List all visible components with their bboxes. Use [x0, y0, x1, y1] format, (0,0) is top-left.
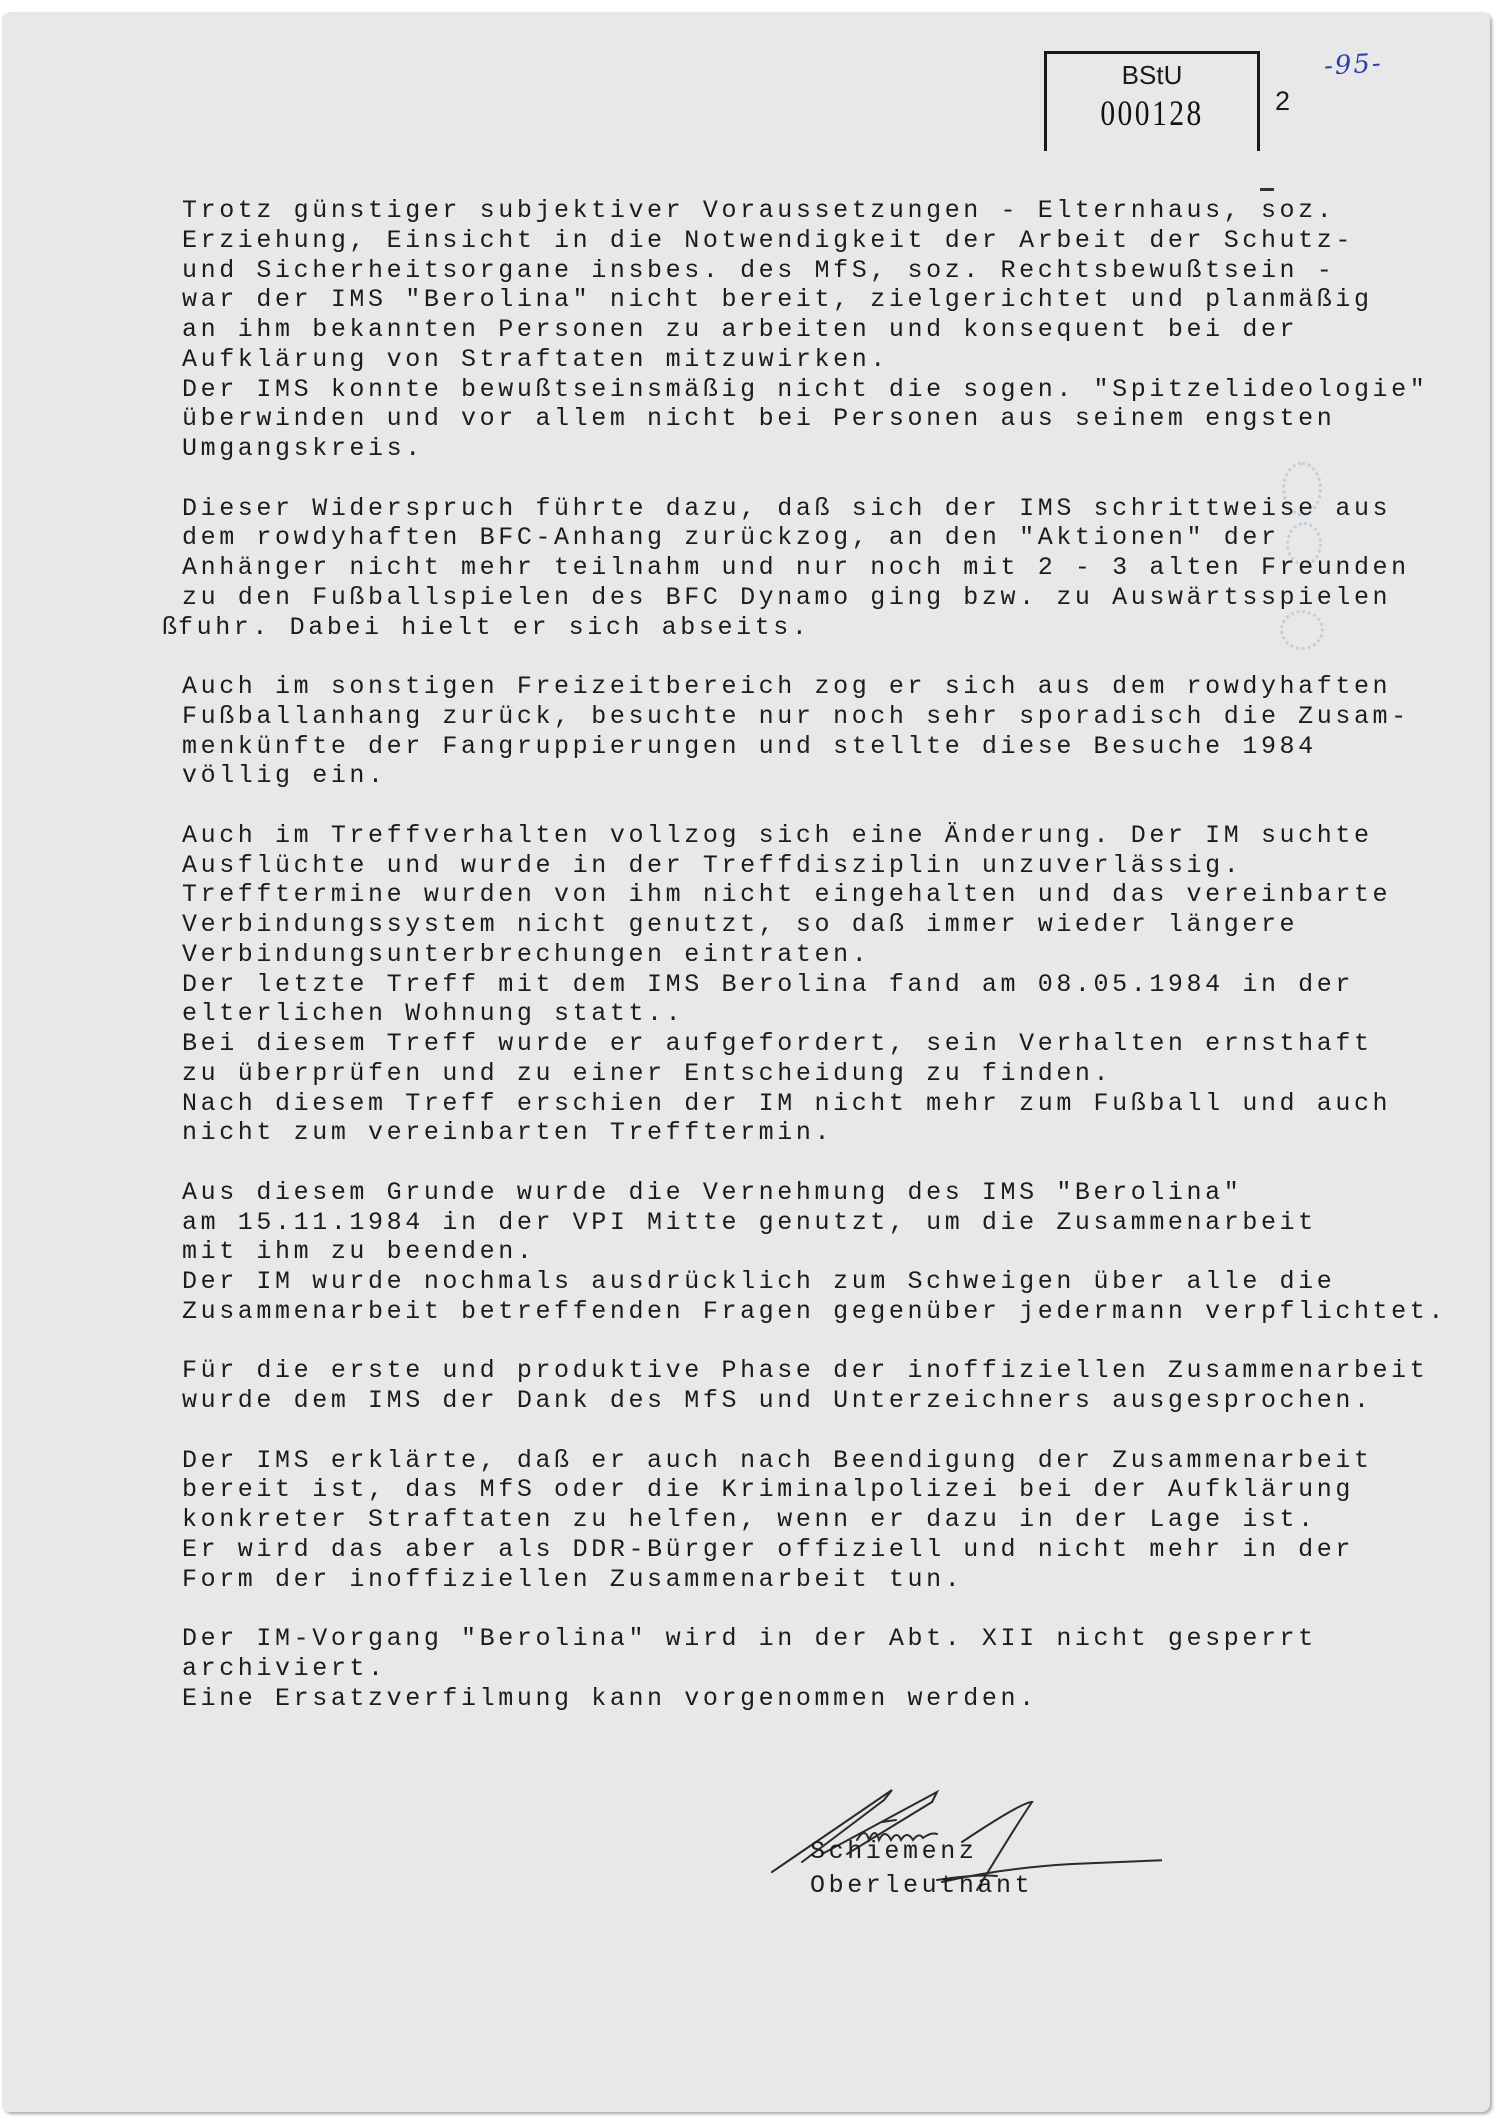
text-line: Trotz günstiger subjektiver Voraussetzun… — [182, 196, 1462, 226]
text-line: Der IMS konnte bewußtseinsmäßig nicht di… — [182, 375, 1462, 405]
text-line: Der IM wurde nochmals ausdrücklich zum S… — [182, 1267, 1462, 1297]
text-line: war der IMS "Berolina" nicht bereit, zie… — [182, 285, 1462, 315]
text-line: Der IM-Vorgang "Berolina" wird in der Ab… — [182, 1624, 1462, 1654]
text-line: Anhänger nicht mehr teilnahm und nur noc… — [182, 553, 1462, 583]
text-line: Zusammenarbeit betreffenden Fragen gegen… — [182, 1297, 1462, 1327]
text-line: Aufklärung von Straftaten mitzuwirken. — [182, 345, 1462, 375]
text-line: Erziehung, Einsicht in die Notwendigkeit… — [182, 226, 1462, 256]
text-line: an ihm bekannten Personen zu arbeiten un… — [182, 315, 1462, 345]
text-line: Umgangskreis. — [182, 434, 1462, 464]
text-line: Für die erste und produktive Phase der i… — [182, 1356, 1462, 1386]
signature-block: SchiemenzOberleutnant — [810, 1835, 1033, 1903]
text-line: mit ihm zu beenden. — [182, 1237, 1462, 1267]
text-line: Nach diesem Treff erschien der IM nicht … — [182, 1089, 1462, 1119]
text-line: wurde dem IMS der Dank des MfS und Unter… — [182, 1386, 1462, 1416]
text-line: Verbindungsunterbrechungen eintraten. — [182, 940, 1462, 970]
paragraph: Für die erste und produktive Phase der i… — [182, 1356, 1462, 1416]
ink-mark — [1260, 188, 1274, 191]
text-line: Eine Ersatzverfilmung kann vorgenommen w… — [182, 1684, 1462, 1714]
text-line: völlig ein. — [182, 761, 1462, 791]
text-line: Form der inoffiziellen Zusammenarbeit tu… — [182, 1565, 1462, 1595]
text-line: Auch im Treffverhalten vollzog sich eine… — [182, 821, 1462, 851]
text-line: nicht zum vereinbarten Trefftermin. — [182, 1118, 1462, 1148]
page-number: 2 — [1275, 86, 1290, 117]
text-line: Fußballanhang zurück, besuchte nur noch … — [182, 702, 1462, 732]
text-line: Der IMS erklärte, daß er auch nach Beend… — [182, 1446, 1462, 1476]
paragraph: Aus diesem Grunde wurde die Vernehmung d… — [182, 1178, 1462, 1327]
handwritten-page-number: -95- — [1323, 48, 1383, 81]
text-line: elterlichen Wohnung statt.. — [182, 999, 1462, 1029]
text-line: zu überprüfen und zu einer Entscheidung … — [182, 1059, 1462, 1089]
paragraph: Der IM-Vorgang "Berolina" wird in der Ab… — [182, 1624, 1462, 1713]
text-line: Ausflüchte und wurde in der Treffdiszipl… — [182, 851, 1462, 881]
text-line: Aus diesem Grunde wurde die Vernehmung d… — [182, 1178, 1462, 1208]
paragraph: Auch im Treffverhalten vollzog sich eine… — [182, 821, 1462, 1148]
stamp-title: BStU — [1047, 60, 1257, 91]
text-line: Er wird das aber als DDR-Bürger offiziel… — [182, 1535, 1462, 1565]
text-line: Auch im sonstigen Freizeitbereich zog er… — [182, 672, 1462, 702]
text-line: konkreter Straftaten zu helfen, wenn er … — [182, 1505, 1462, 1535]
text-line: menkünfte der Fangruppierungen und stell… — [182, 732, 1462, 762]
signatory-rank: Oberleutnant — [810, 1869, 1033, 1903]
archive-stamp: BStU 000128 — [1044, 51, 1260, 151]
signatory-name: Schiemenz — [810, 1835, 1033, 1869]
text-line: am 15.11.1984 in der VPI Mitte genutzt, … — [182, 1208, 1462, 1238]
paragraph: Dieser Widerspruch führte dazu, daß sich… — [182, 494, 1462, 643]
text-line: Dieser Widerspruch führte dazu, daß sich… — [182, 494, 1462, 524]
text-line: archiviert. — [182, 1654, 1462, 1684]
text-line: zu den Fußballspielen des BFC Dynamo gin… — [182, 583, 1462, 613]
text-line: überwinden und vor allem nicht bei Perso… — [182, 404, 1462, 434]
paragraph: Der IMS erklärte, daß er auch nach Beend… — [182, 1446, 1462, 1595]
text-line: Der letzte Treff mit dem IMS Berolina fa… — [182, 970, 1462, 1000]
document-page: BStU 000128 2 -95- Trotz günstiger subje… — [2, 12, 1490, 2112]
text-line: bereit ist, das MfS oder die Kriminalpol… — [182, 1475, 1462, 1505]
text-line: fuhr. Dabei hielt er sich abseits. — [178, 613, 1462, 643]
stamp-number: 000128 — [1066, 92, 1238, 134]
text-line: Trefftermine wurden von ihm nicht eingeh… — [182, 880, 1462, 910]
paragraph: Auch im sonstigen Freizeitbereich zog er… — [182, 672, 1462, 791]
text-line: dem rowdyhaften BFC-Anhang zurückzog, an… — [182, 523, 1462, 553]
text-line: und Sicherheitsorgane insbes. des MfS, s… — [182, 256, 1462, 286]
text-line: Verbindungssystem nicht genutzt, so daß … — [182, 910, 1462, 940]
text-line: Bei diesem Treff wurde er aufgefordert, … — [182, 1029, 1462, 1059]
paragraph: Trotz günstiger subjektiver Voraussetzun… — [182, 196, 1462, 464]
letter-body: Trotz günstiger subjektiver Voraussetzun… — [182, 196, 1462, 1743]
